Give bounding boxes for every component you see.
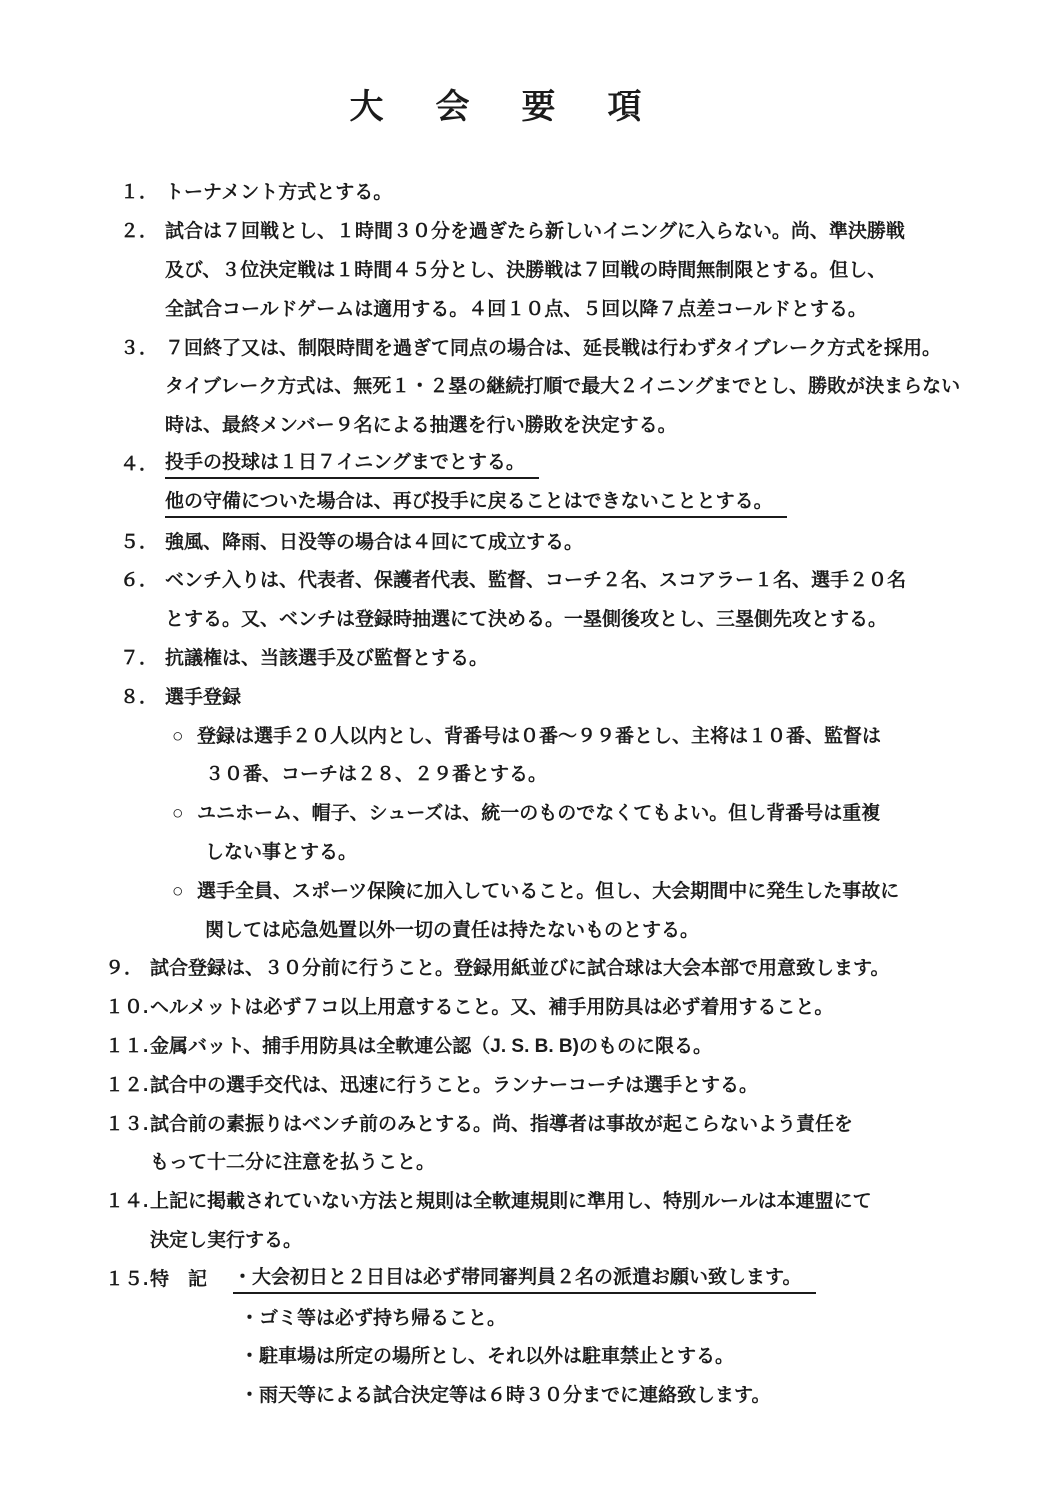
item-9: ９． 試合登録は、３０分前に行うこと。登録用紙並びに試合球は大会本部で用意致しま… (0, 950, 1058, 989)
item-6-line-2: とする。又、ベンチは登録時抽選にて決める。一塁側後攻とし、三塁側先攻とする。 (165, 608, 887, 632)
item-4-line-2-underlined: 他の守備についた場合は、再び投手に戻ることはできないこととする。 (165, 490, 787, 518)
item-10-number: １０. (105, 996, 150, 1020)
item-8-subitem-3-line-1: 選手全員、スポーツ保険に加入していること。但し、大会期間中に発生した事故に (197, 880, 899, 904)
item-13-continuation: もって十二分に注意を払うこと。 (0, 1144, 1058, 1183)
item-15-bullet-2: ・駐車場は所定の場所とし、それ以外は駐車禁止とする。 (0, 1338, 1058, 1377)
item-12-number: １２. (105, 1074, 150, 1098)
item-5: ５． 強風、降雨、日没等の場合は４回にて成立する。 (0, 523, 1058, 562)
item-15-bullet-3: ・雨天等による試合決定等は６時３０分までに連絡致します。 (0, 1377, 1058, 1416)
item-13-line-1: 試合前の素振りはベンチ前のみとする。尚、指導者は事故が起こらないよう責任を (150, 1113, 853, 1137)
item-2-continuation: 全試合コールドゲームは適用する。４回１０点、５回以降７点差コールドとする。 (0, 290, 1058, 329)
item-3-number: ３． (120, 337, 165, 361)
item-6-continuation: とする。又、ベンチは登録時抽選にて決める。一塁側後攻とし、三塁側先攻とする。 (0, 601, 1058, 640)
item-8-subitem-2-continuation: しない事とする。 (0, 834, 1058, 873)
item-8-subitem-1-line-2: ３０番、コーチは２８、２９番とする。 (205, 763, 547, 787)
item-2: ２． 試合は７回戦とし、１時間３０分を過ぎたら新しいイニングに入らない。尚、準決… (0, 213, 1058, 252)
item-8-subitem-2-line-1: ユニホーム、帽子、シューズは、統一のものでなくてもよい。但し背番号は重複 (197, 802, 880, 826)
document-page: 大 会 要 項 １． トーナメント方式とする。 ２． 試合は７回戦とし、１時間３… (0, 0, 1058, 1497)
item-8-subitem-2: ○ ユニホーム、帽子、シューズは、統一のものでなくてもよい。但し背番号は重複 (0, 795, 1058, 834)
circle-marker-icon: ○ (172, 802, 197, 826)
item-14-continuation: 決定し実行する。 (0, 1222, 1058, 1261)
item-8: ８． 選手登録 (0, 678, 1058, 717)
doc-title: 大 会 要 項 (0, 0, 1058, 128)
item-8-subitem-1-continuation: ３０番、コーチは２８、２９番とする。 (0, 756, 1058, 795)
item-8-number: ８． (120, 686, 165, 710)
item-6: ６． ベンチ入りは、代表者、保護者代表、監督、コーチ２名、スコアラー１名、選手２… (0, 562, 1058, 601)
item-14-line-2: 決定し実行する。 (150, 1229, 302, 1253)
item-3-continuation: 時は、最終メンバー９名による抽選を行い勝敗を決定する。 (0, 407, 1058, 446)
item-3: ３． ７回終了又は、制限時間を過ぎて同点の場合は、延長戦は行わずタイブレーク方式… (0, 329, 1058, 368)
item-8-subitem-2-line-2: しない事とする。 (205, 841, 357, 865)
item-3-line-1: ７回終了又は、制限時間を過ぎて同点の場合は、延長戦は行わずタイブレーク方式を採用… (165, 337, 941, 361)
item-8-subitem-3-line-2: 関しては応急処置以外一切の責任は持たないものとする。 (205, 919, 699, 943)
item-14-line-1: 上記に掲載されていない方法と規則は全軟連規則に準用し、特別ルールは本連盟にて (150, 1190, 872, 1214)
item-8-text: 選手登録 (165, 686, 241, 710)
item-6-number: ６． (120, 569, 165, 593)
item-5-text: 強風、降雨、日没等の場合は４回にて成立する。 (165, 531, 583, 555)
item-1-number: １． (120, 181, 165, 205)
item-3-line-2: タイブレーク方式は、無死１・２塁の継続打順で最大２イニングまでとし、勝敗が決まら… (165, 375, 960, 399)
item-2-number: ２． (120, 220, 165, 244)
item-8-subitem-3-continuation: 関しては応急処置以外一切の責任は持たないものとする。 (0, 911, 1058, 950)
item-15-bullet-3-text: ・雨天等による試合決定等は６時３０分までに連絡致します。 (240, 1384, 770, 1408)
item-13-number: １３. (105, 1113, 150, 1137)
item-8-subitem-1: ○ 登録は選手２０人以内とし、背番号は０番～９９番とし、主将は１０番、監督は (0, 717, 1058, 756)
item-15-bullet-1: ・ゴミ等は必ず持ち帰ること。 (0, 1299, 1058, 1338)
item-12-text: 試合中の選手交代は、迅速に行うこと。ランナーコーチは選手とする。 (150, 1074, 758, 1098)
item-4: ４． 投手の投球は１日７イニングまでとする。 (0, 446, 1058, 485)
item-14-number: １４. (105, 1190, 150, 1214)
item-15-bullet-1-text: ・ゴミ等は必ず持ち帰ること。 (240, 1307, 506, 1331)
item-13: １３. 試合前の素振りはベンチ前のみとする。尚、指導者は事故が起こらないよう責任… (0, 1105, 1058, 1144)
item-13-line-2: もって十二分に注意を払うこと。 (150, 1151, 435, 1175)
item-7: ７． 抗議権は、当該選手及び監督とする。 (0, 640, 1058, 679)
item-7-text: 抗議権は、当該選手及び監督とする。 (165, 647, 488, 671)
item-2-continuation: 及び、３位決定戦は１時間４５分とし、決勝戦は７回戦の時間無制限とする。但し、 (0, 252, 1058, 291)
doc-body: １． トーナメント方式とする。 ２． 試合は７回戦とし、１時間３０分を過ぎたら新… (0, 128, 1058, 1416)
item-11: １１. 金属バット、捕手用防具は全軟連公認（J. S. B. B)のものに限る。 (0, 1028, 1058, 1067)
item-9-text: 試合登録は、３０分前に行うこと。登録用紙並びに試合球は大会本部で用意致します。 (150, 957, 889, 981)
item-15-number: １５. (105, 1268, 150, 1292)
item-15-note-underlined: ・大会初日と２日目は必ず帯同審判員２名の派遣お願い致します。 (233, 1266, 815, 1294)
item-2-line-2: 及び、３位決定戦は１時間４５分とし、決勝戦は７回戦の時間無制限とする。但し、 (165, 259, 886, 283)
item-3-line-3: 時は、最終メンバー９名による抽選を行い勝敗を決定する。 (165, 414, 677, 438)
item-7-number: ７． (120, 647, 165, 671)
item-9-number: ９． (105, 957, 150, 981)
item-15-label: 特 記 (150, 1268, 207, 1292)
item-1-text: トーナメント方式とする。 (165, 181, 392, 205)
item-2-line-1: 試合は７回戦とし、１時間３０分を過ぎたら新しいイニングに入らない。尚、準決勝戦 (165, 220, 905, 244)
item-10: １０. ヘルメットは必ず７コ以上用意すること。又、補手用防具は必ず着用すること。 (0, 989, 1058, 1028)
item-15-bullet-2-text: ・駐車場は所定の場所とし、それ以外は駐車禁止とする。 (240, 1345, 734, 1369)
item-4-line-1-underlined: 投手の投球は１日７イニングまでとする。 (165, 451, 539, 479)
item-1: １． トーナメント方式とする。 (0, 174, 1058, 213)
item-5-number: ５． (120, 531, 165, 555)
item-11-number: １１. (105, 1035, 150, 1059)
circle-marker-icon: ○ (172, 725, 197, 749)
item-4-continuation: 他の守備についた場合は、再び投手に戻ることはできないこととする。 (0, 484, 1058, 523)
item-4-number: ４． (120, 453, 165, 477)
item-6-line-1: ベンチ入りは、代表者、保護者代表、監督、コーチ２名、スコアラー１名、選手２０名 (165, 569, 906, 593)
item-2-line-3: 全試合コールドゲームは適用する。４回１０点、５回以降７点差コールドとする。 (165, 298, 867, 322)
item-12: １２. 試合中の選手交代は、迅速に行うこと。ランナーコーチは選手とする。 (0, 1066, 1058, 1105)
item-11-text: 金属バット、捕手用防具は全軟連公認（J. S. B. B)のものに限る。 (150, 1035, 712, 1059)
item-15: １５. 特 記 ・大会初日と２日目は必ず帯同審判員２名の派遣お願い致します。 (0, 1260, 1058, 1299)
item-10-text: ヘルメットは必ず７コ以上用意すること。又、補手用防具は必ず着用すること。 (150, 996, 833, 1020)
item-3-continuation: タイブレーク方式は、無死１・２塁の継続打順で最大２イニングまでとし、勝敗が決まら… (0, 368, 1058, 407)
item-14: １４. 上記に掲載されていない方法と規則は全軟連規則に準用し、特別ルールは本連盟… (0, 1183, 1058, 1222)
item-8-subitem-1-line-1: 登録は選手２０人以内とし、背番号は０番～９９番とし、主将は１０番、監督は (197, 725, 881, 749)
circle-marker-icon: ○ (172, 880, 197, 904)
item-8-subitem-3: ○ 選手全員、スポーツ保険に加入していること。但し、大会期間中に発生した事故に (0, 872, 1058, 911)
